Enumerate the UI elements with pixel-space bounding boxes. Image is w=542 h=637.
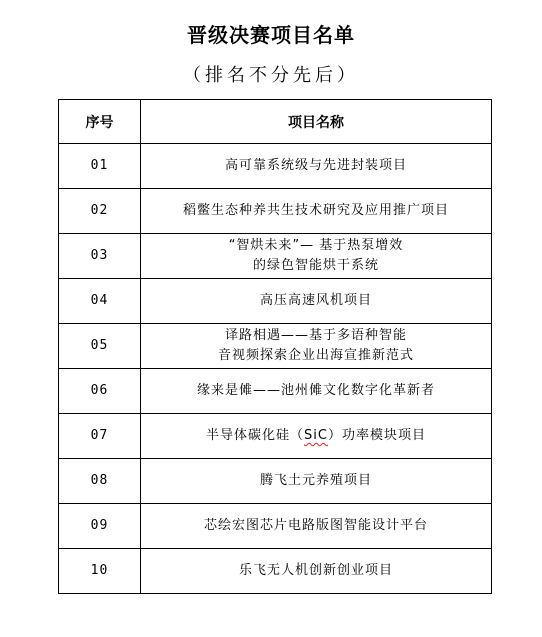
project-name-line: 乐飞无人机创新创业项目 — [141, 561, 491, 581]
table-header-row: 序号 项目名称 — [59, 100, 492, 144]
project-name-part: 半导体碳化硅（ — [206, 428, 304, 443]
project-name-line: 的绿色智能烘干系统 — [141, 256, 491, 276]
project-name-line: 译路相遇——基于多语种智能 — [141, 326, 491, 346]
project-name-line: 芯绘宏图芯片电路版图智能设计平台 — [141, 516, 491, 536]
project-name-line: 缘来是傩——池州傩文化数字化革新者 — [141, 381, 491, 401]
row-project-name: 高压高速风机项目 — [141, 279, 492, 324]
table-row: 03 “智烘未来”— 基于热泵增效 的绿色智能烘干系统 — [59, 234, 492, 279]
row-number: 02 — [59, 189, 141, 234]
row-number: 08 — [59, 459, 141, 504]
row-project-name: 腾飞土元养殖项目 — [141, 459, 492, 504]
table-row: 09 芯绘宏图芯片电路版图智能设计平台 — [59, 504, 492, 549]
row-number: 06 — [59, 369, 141, 414]
header-project-name: 项目名称 — [141, 100, 492, 144]
row-number: 04 — [59, 279, 141, 324]
table-row: 07 半导体碳化硅（SiC）功率模块项目 — [59, 414, 492, 459]
project-name-line: 半导体碳化硅（SiC）功率模块项目 — [141, 426, 491, 446]
row-number: 07 — [59, 414, 141, 459]
document-subtitle: （排名不分先后） — [0, 64, 542, 88]
row-project-name: “智烘未来”— 基于热泵增效 的绿色智能烘干系统 — [141, 234, 492, 279]
project-name-line: “智烘未来”— 基于热泵增效 — [141, 236, 491, 256]
row-project-name: 译路相遇——基于多语种智能 音视频探索企业出海宣推新范式 — [141, 324, 492, 369]
row-project-name: 芯绘宏图芯片电路版图智能设计平台 — [141, 504, 492, 549]
spellcheck-flagged-word[interactable]: SiC — [304, 428, 328, 443]
project-name-line: 音视频探索企业出海宣推新范式 — [141, 346, 491, 366]
table-row: 04 高压高速风机项目 — [59, 279, 492, 324]
table-row: 10 乐飞无人机创新创业项目 — [59, 549, 492, 594]
document-title: 晋级决赛项目名单 — [0, 22, 542, 48]
row-number: 03 — [59, 234, 141, 279]
header-number: 序号 — [59, 100, 141, 144]
finalist-table: 序号 项目名称 01 高可靠系统级与先进封装项目 02 稻鳖生态种养共生技术研究… — [58, 99, 492, 594]
row-number: 05 — [59, 324, 141, 369]
project-name-line: 高压高速风机项目 — [141, 291, 491, 311]
project-name-line: 高可靠系统级与先进封装项目 — [141, 156, 491, 176]
row-number: 01 — [59, 144, 141, 189]
table-row: 08 腾飞土元养殖项目 — [59, 459, 492, 504]
table-row: 06 缘来是傩——池州傩文化数字化革新者 — [59, 369, 492, 414]
table-row: 02 稻鳖生态种养共生技术研究及应用推广项目 — [59, 189, 492, 234]
table-row: 05 译路相遇——基于多语种智能 音视频探索企业出海宣推新范式 — [59, 324, 492, 369]
row-number: 10 — [59, 549, 141, 594]
project-name-line: 腾飞土元养殖项目 — [141, 471, 491, 491]
project-name-line: 稻鳖生态种养共生技术研究及应用推广项目 — [141, 201, 491, 221]
row-project-name: 半导体碳化硅（SiC）功率模块项目 — [141, 414, 492, 459]
row-project-name: 乐飞无人机创新创业项目 — [141, 549, 492, 594]
project-name-part: ）功率模块项目 — [328, 428, 426, 443]
row-project-name: 缘来是傩——池州傩文化数字化革新者 — [141, 369, 492, 414]
row-project-name: 稻鳖生态种养共生技术研究及应用推广项目 — [141, 189, 492, 234]
row-project-name: 高可靠系统级与先进封装项目 — [141, 144, 492, 189]
row-number: 09 — [59, 504, 141, 549]
table-row: 01 高可靠系统级与先进封装项目 — [59, 144, 492, 189]
